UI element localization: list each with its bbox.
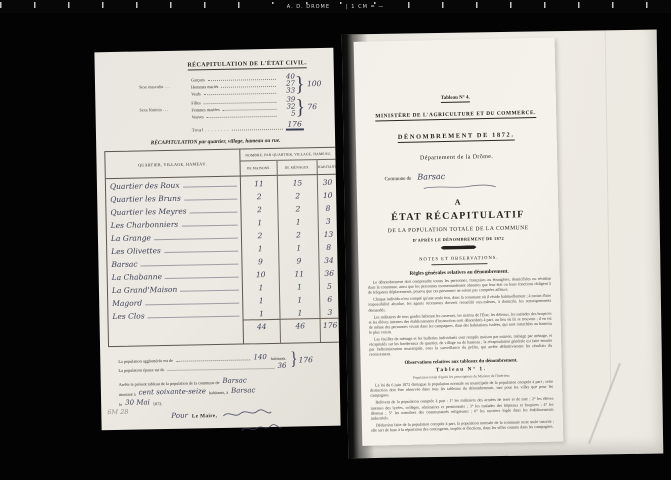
attestation-lines: Arrête le présent tableau de la populati…: [119, 373, 328, 407]
row-label: Femmes mariées: [191, 107, 219, 113]
menages-count: 11: [280, 266, 320, 280]
film-ruler-strip: A. D. DROME | 1 CM = —: [0, 0, 671, 13]
column-header-maisons: DE MAISONS.: [241, 161, 278, 176]
maisons-count: 11: [241, 176, 278, 190]
quartier-name: Quartier les Meyres: [110, 207, 186, 217]
dash-leader: [165, 277, 239, 279]
page-fold-line: [605, 30, 612, 390]
dash-leader: [180, 290, 239, 292]
menages-count: 1: [280, 292, 320, 306]
footer-brace-total: 176: [298, 355, 312, 364]
dotted-leader: [204, 93, 276, 95]
census-header: DÉNOMBREMENT DE 1872.: [362, 131, 551, 144]
quartier-name: La Grange: [111, 233, 151, 243]
quartier-name: La Chabanne: [112, 272, 162, 282]
quartier-name: Quartier des Roux: [110, 181, 180, 191]
etat-civil-total-line: Total . . . . . . . . 176: [192, 119, 304, 132]
habitants-count: 30: [318, 175, 337, 188]
quartier-name: Les Olivettes: [111, 246, 161, 256]
etat-civil-group: Sexe féminin . . . Filles 39 Femmes mari…: [139, 96, 317, 120]
total-value: 176: [285, 119, 304, 130]
habitants-count: 6: [320, 292, 339, 305]
dash-leader: [148, 316, 240, 319]
handwritten-count: 5: [280, 109, 296, 117]
etat-civil-summary: Sexe masculin . . . Garçons 40 Hommes ma…: [139, 73, 318, 120]
row-label: Veuves: [192, 114, 204, 119]
right-register-page: Tableau N° 4. MINISTÈRE DE L'AGRICULTURE…: [342, 30, 664, 459]
total-maisons: 44: [244, 319, 281, 333]
dotted-leader: [232, 129, 283, 131]
rules-paragraph: Chaque individu n'est compté qu'une seul…: [368, 293, 551, 312]
maisons-count: 1: [243, 293, 280, 307]
group-total: 100: [307, 79, 331, 88]
mayor-signature-line: Pour Le Maire,: [171, 406, 327, 420]
quartier-table-body: Quartier des Roux 11 15 30 Quartier les …: [106, 175, 339, 322]
maisons-count: 2: [242, 228, 279, 242]
group-label: Sexe masculin . . .: [139, 83, 191, 89]
observations-paragraph: Déduction faite de la population comptée…: [371, 418, 554, 432]
group-total: 76: [307, 102, 331, 111]
maisons-count: 1: [242, 215, 279, 229]
maisons-count: 10: [243, 267, 280, 281]
left-census-page: RÉCAPITULATION DE L'ÉTAT CIVIL. Sexe mas…: [94, 48, 340, 431]
row-label: Garçons: [191, 77, 205, 82]
dash-leader: [141, 264, 239, 267]
habitants-count: 3: [319, 214, 338, 227]
ornament-divider: [441, 245, 477, 249]
quartier-name: Magord: [112, 298, 142, 308]
ministry-header: MINISTÈRE DE L'AGRICULTURE ET DU COMMERC…: [361, 110, 550, 122]
dash-leader: [183, 186, 237, 188]
habitants-count: 3: [320, 305, 339, 318]
census-form-sheet: Tableau N° 4. MINISTÈRE DE L'AGRICULTURE…: [354, 38, 564, 446]
dotted-leader: [207, 116, 277, 118]
scale-label: | 1 CM = —: [346, 4, 384, 10]
signature-mark: [240, 423, 284, 434]
menages-count: 9: [279, 253, 319, 267]
attestation-block: La population agglomérée est de 140 habi…: [118, 351, 328, 441]
menages-count: 1: [280, 305, 320, 319]
row-label: Filles: [191, 100, 200, 105]
habitants-suffix: habitants.: [271, 356, 287, 361]
maisons-count: 2: [241, 189, 278, 203]
dash-leader: [190, 212, 238, 214]
form-number: Tableau N° 4.: [361, 94, 550, 105]
total-habitants: 176: [321, 318, 340, 331]
commune-handwritten: Barsac: [417, 172, 445, 182]
form-subtitle-2: D'APRÈS LE DÉNOMBREMENT DE 1872: [364, 235, 553, 244]
signature-mark: [221, 407, 273, 419]
footer-brace: } 176: [290, 351, 313, 368]
form-title: ÉTAT RÉCAPITULATIF: [363, 209, 552, 224]
row-label: Hommes mariés: [191, 84, 218, 90]
habitants-count: 13: [319, 227, 338, 240]
quartier-name: Quartier les Bruns: [110, 194, 181, 204]
menages-count: 2: [279, 227, 319, 241]
commune-line: Commune de Barsac: [384, 170, 551, 183]
observations-paragraph: La loi du 6 juin 1872 distingue la popul…: [370, 379, 553, 398]
quartier-table: QUARTIER, VILLAGE, HAMEAU. NOMBRE, PAR Q…: [104, 147, 339, 347]
pencil-annotation: 6M 28: [107, 408, 128, 416]
rules-paragraph: Les militaires de tous grades habitant l…: [369, 310, 552, 335]
brace-glyph: }: [295, 73, 307, 94]
rules-paragraphs: Le dénombrement doit comprendre toutes l…: [365, 276, 556, 358]
menages-count: 2: [278, 188, 318, 202]
maisons-count: 1: [242, 241, 279, 255]
menages-count: 15: [278, 175, 318, 189]
habitants-count: 5: [320, 279, 339, 292]
group-label: Sexe féminin . . .: [139, 106, 191, 112]
menages-count: 1: [279, 214, 319, 228]
thin-rule: [431, 263, 487, 265]
maisons-count: 1: [243, 280, 280, 294]
menages-count: 2: [278, 201, 318, 215]
observations-paragraph: Relèvent de la population comptée à part…: [370, 396, 553, 421]
menages-count: 1: [279, 240, 319, 254]
flourish-underline: [423, 183, 497, 191]
quartier-name: Barsac: [111, 260, 137, 269]
dash-leader: [181, 225, 237, 227]
quartier-name: Les Charbonniers: [111, 220, 179, 230]
habitants-count: 34: [319, 253, 338, 266]
eparse-value: 36: [277, 362, 286, 370]
row-label: Veufs: [191, 91, 201, 96]
notes-header: NOTES ET OBSERVATIONS.: [364, 253, 553, 262]
signature-prefix: Pour: [171, 412, 188, 420]
handwritten-count: 33: [279, 86, 295, 94]
total-menages: 46: [281, 318, 321, 332]
maisons-count: 1: [243, 306, 280, 320]
secondary-signature: [239, 419, 327, 439]
commune-label: Commune de: [385, 177, 412, 183]
brace-glyph: }: [290, 349, 298, 370]
observations-paragraphs: La loi du 6 juin 1872 distingue la popul…: [367, 379, 557, 433]
quartier-table-title: RÉCAPITULATION par quartier, village, ha…: [96, 137, 335, 148]
brace-glyph: }: [295, 96, 307, 117]
menages-count: 1: [280, 279, 320, 293]
etat-civil-title: RÉCAPITULATION DE L'ÉTAT CIVIL.: [94, 48, 333, 73]
rules-paragraph: Le dénombrement doit comprendre toutes l…: [368, 276, 551, 295]
column-header-quartier: QUARTIER, VILLAGE, HAMEAU.: [105, 150, 240, 179]
quartier-name: La Grand'Maison: [112, 285, 177, 295]
total-label: Total . . . . . . . .: [192, 127, 229, 133]
departement-line: Département de la Drôme.: [362, 153, 551, 163]
etat-civil-group: Sexe masculin . . . Garçons 40 Hommes ma…: [139, 73, 317, 97]
dash-leader: [145, 303, 239, 306]
dash-leader: [164, 251, 238, 253]
habitants-count: 8: [318, 201, 337, 214]
quartier-name: Les Clos: [112, 311, 144, 321]
mayor-label: Le Maire,: [192, 413, 218, 419]
agglomeree-value: 140: [253, 353, 267, 361]
maisons-count: 2: [241, 202, 278, 216]
column-header-menages: DE MÉNAGES.: [278, 160, 318, 175]
dotted-leader: [167, 368, 274, 371]
scanned-document-viewport: A. D. DROME | 1 CM = — RÉCAPITULATION DE…: [0, 0, 671, 480]
rules-paragraph: Les feuilles de ménage et les bulletins …: [369, 333, 552, 358]
paper-crease: [588, 363, 620, 444]
habitants-count: 8: [319, 240, 338, 253]
section-letter: A: [363, 196, 552, 209]
maisons-count: 9: [242, 254, 279, 268]
dash-leader: [184, 199, 237, 201]
archive-label: A. D. DROME: [287, 4, 330, 10]
habitants-count: 10: [318, 188, 337, 201]
habitants-count: 36: [320, 266, 339, 279]
column-header-habitants: D'HABITANTS.: [318, 160, 337, 174]
dash-leader: [154, 238, 238, 241]
form-subtitle: DE LA POPULATION TOTALE DE LA COMMUNE: [364, 225, 553, 235]
